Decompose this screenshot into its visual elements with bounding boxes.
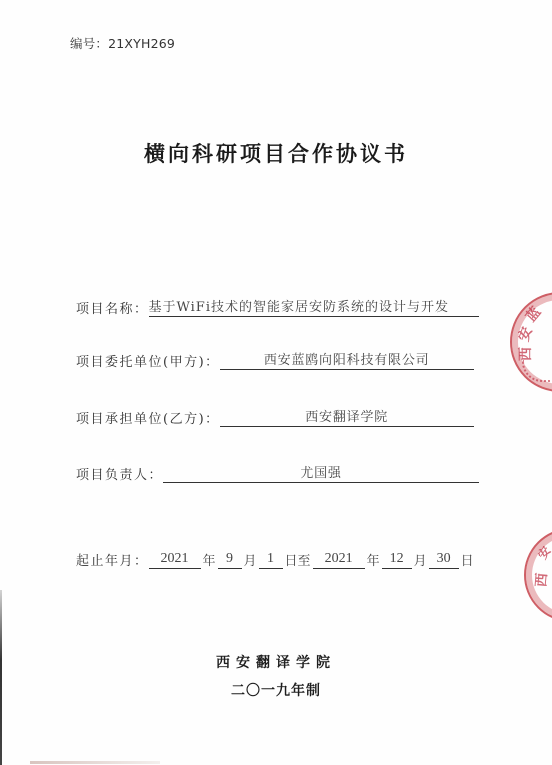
seal-char: 西 xyxy=(515,347,535,361)
unit-day-end: 日 xyxy=(459,550,476,569)
seal-char: 蓝 xyxy=(521,302,545,326)
contractor-value: 西安翻译学院 xyxy=(220,406,474,427)
start-day: 1 xyxy=(259,551,283,569)
client-value: 西安蓝鸥向阳科技有限公司 xyxy=(220,349,474,370)
document-page: 编号：21XYH269 横向科研项目合作协议书 项目名称： 基于WiFi技术的智… xyxy=(0,0,552,765)
end-month: 12 xyxy=(382,551,412,569)
client-label: 项目委托单位(甲方)： xyxy=(76,351,220,370)
scan-smudge xyxy=(30,761,160,764)
document-title: 横向科研项目合作协议书 xyxy=(0,138,552,168)
unit-year: 年 xyxy=(201,550,218,569)
red-seal-stamp: 安 西 xyxy=(524,528,552,622)
contractor-label: 项目承担单位(乙方)： xyxy=(76,408,220,427)
leader-value: 尤国强 xyxy=(163,462,479,483)
field-contractor: 项目承担单位(乙方)： 西安翻译学院 xyxy=(76,406,474,427)
scan-edge-line xyxy=(0,590,2,765)
period-label: 起止年月： xyxy=(76,550,149,569)
field-period: 起止年月： 2021 年 9 月 1 日至 2021 年 12 月 30 日 xyxy=(76,550,476,569)
footer-organization: 西安翻译学院 xyxy=(0,652,552,672)
field-leader: 项目负责人： 尤国强 xyxy=(76,462,479,483)
unit-year-end: 年 xyxy=(365,550,382,569)
footer-year: 二〇一九年制 xyxy=(0,680,552,700)
unit-day-to: 日至 xyxy=(283,550,313,569)
seal-char: 安 xyxy=(534,543,552,563)
project-name-value: 基于WiFi技术的智能家居安防系统的设计与开发 xyxy=(149,296,479,317)
end-day: 30 xyxy=(429,551,459,569)
end-year: 2021 xyxy=(313,551,365,569)
seal-char: 西 xyxy=(530,572,551,588)
project-name-label: 项目名称： xyxy=(76,298,149,317)
seal-dotted-arc xyxy=(522,360,552,382)
unit-month: 月 xyxy=(242,550,259,569)
unit-month-end: 月 xyxy=(412,550,429,569)
leader-label: 项目负责人： xyxy=(76,464,163,483)
field-project-name: 项目名称： 基于WiFi技术的智能家居安防系统的设计与开发 xyxy=(76,296,479,317)
document-number: 编号：21XYH269 xyxy=(70,34,175,52)
red-seal-stamp: 蓝 安 西 xyxy=(510,292,552,392)
seal-char: 安 xyxy=(513,324,537,344)
start-month: 9 xyxy=(218,551,242,569)
start-year: 2021 xyxy=(149,551,201,569)
field-client: 项目委托单位(甲方)： 西安蓝鸥向阳科技有限公司 xyxy=(76,349,474,370)
